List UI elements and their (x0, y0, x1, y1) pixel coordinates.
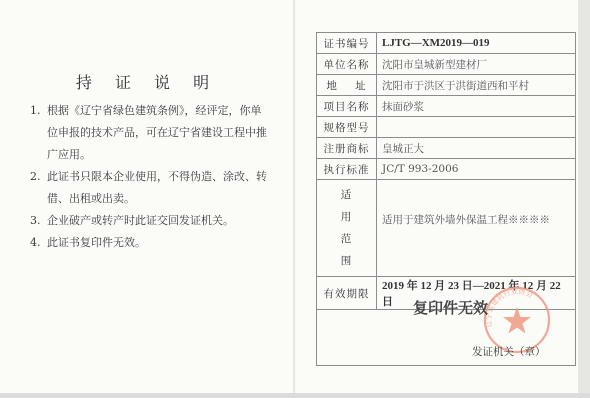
table-row: 执行标准 JC/T 993-2006 (317, 159, 576, 180)
table-row: 适 用 范 围 适用于建筑外墙外保温工程※※※※ (317, 180, 576, 277)
address: 沈阳市于洪区于洪街道西和平村 (377, 75, 576, 96)
scope-label: 适 用 范 围 (317, 180, 377, 277)
note-text: 此证书只限本企业使用，不得伪造、涂改、转借、出租或出卖。 (47, 166, 270, 210)
page-edge (0, 393, 590, 398)
certificate-table: 证书编号 LJTG—XM2019—019 单位名称 沈阳市皇城新型建材厂 地 址… (316, 32, 576, 310)
note-item: 4. 此证书复印件无效。 (30, 232, 270, 254)
issuing-authority-label: 发证机关（章） (472, 344, 546, 359)
note-item: 1. 根据《辽宁省绿色建筑条例》，经评定，你单位申报的技术产品，可在辽宁省建设工… (30, 100, 270, 166)
stamp-area: 辽宁省建筑行业协会 复印件无效 发证机关（章） (316, 271, 576, 366)
note-item: 3. 企业破产或转产时此证交回发证机关。 (30, 210, 270, 232)
notes-list: 1. 根据《辽宁省绿色建筑条例》，经评定，你单位申报的技术产品，可在辽宁省建设工… (30, 100, 270, 254)
spec-model (377, 117, 576, 138)
note-number: 1. (30, 100, 47, 166)
note-item: 2. 此证书只限本企业使用，不得伪造、涂改、转借、出租或出卖。 (30, 166, 270, 210)
table-row: 单位名称 沈阳市皇城新型建材厂 (317, 54, 576, 75)
page-edge (578, 0, 590, 398)
note-number: 4. (30, 232, 47, 254)
company-name: 沈阳市皇城新型建材厂 (377, 54, 576, 75)
note-number: 2. (30, 166, 47, 210)
field-label: 项目名称 (317, 96, 377, 117)
table-row: 证书编号 LJTG—XM2019—019 (317, 33, 576, 54)
table-row: 注册商标 皇城正大 (317, 138, 576, 159)
field-label: 证书编号 (317, 33, 377, 54)
table-row: 地 址 沈阳市于洪区于洪街道西和平村 (317, 75, 576, 96)
project-name: 抹面砂浆 (377, 96, 576, 117)
table-row: 项目名称 抹面砂浆 (317, 96, 576, 117)
field-label: 地 址 (317, 75, 377, 96)
note-text: 此证书复印件无效。 (47, 232, 270, 254)
note-number: 3. (30, 210, 47, 232)
page-title: 持 证 说 明 (0, 70, 294, 93)
field-label: 执行标准 (317, 159, 377, 180)
svg-text:辽宁省建筑行业协会: 辽宁省建筑行业协会 (484, 287, 535, 328)
field-label: 单位名称 (317, 54, 377, 75)
certificate-number: LJTG—XM2019—019 (377, 33, 576, 54)
field-label: 规格型号 (317, 117, 377, 138)
copy-invalid-text: 复印件无效 (413, 297, 488, 318)
left-page: 持 证 说 明 1. 根据《辽宁省绿色建筑条例》，经评定，你单位申报的技术产品，… (0, 0, 294, 393)
note-text: 企业破产或转产时此证交回发证机关。 (47, 210, 270, 232)
scope-value: 适用于建筑外墙外保温工程※※※※ (377, 180, 576, 277)
table-row: 规格型号 (317, 117, 576, 138)
trademark: 皇城正大 (377, 138, 576, 159)
note-text: 根据《辽宁省绿色建筑条例》，经评定，你单位申报的技术产品，可在辽宁省建设工程中推… (47, 100, 270, 166)
standard: JC/T 993-2006 (377, 159, 576, 180)
field-label: 注册商标 (317, 138, 377, 159)
